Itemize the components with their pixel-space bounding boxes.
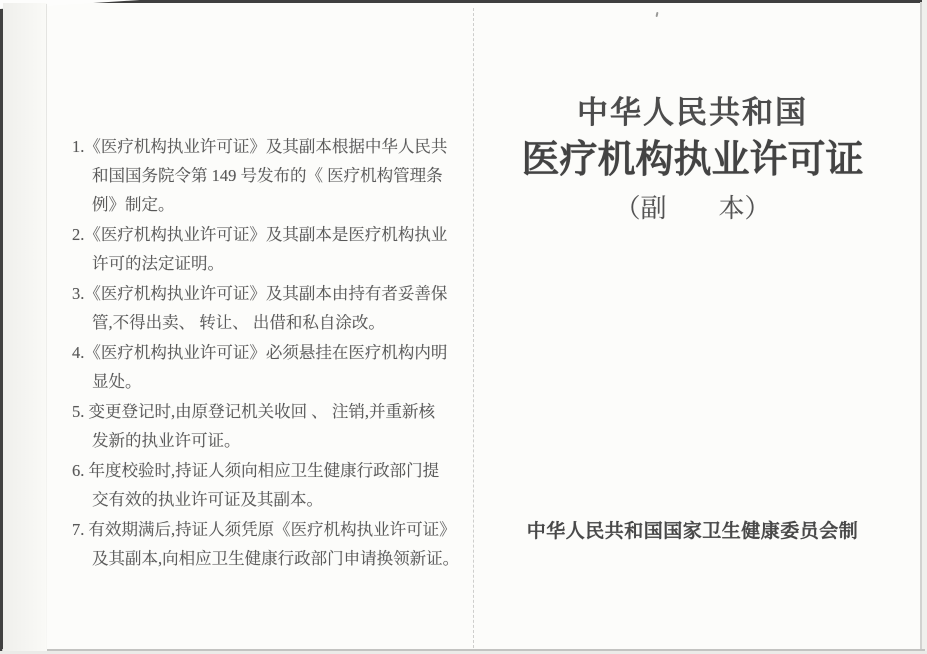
rule-line: 5. 变更登记时,由原登记机关收回 、 注销,并重新核 (72, 397, 462, 426)
booklet-cover-edge (3, 3, 47, 651)
booklet-fold-line (473, 8, 474, 648)
title-page: 中华人民共和国 医疗机构执业许可证 （副 本） 中华人民共和国国家卫生健康委员会… (475, 0, 922, 654)
rule-line: 及其副本,向相应卫生健康行政部门申请换领新证。 (72, 544, 462, 573)
rule-line: 2.《医疗机构执业许可证》及其副本是医疗机构执业 (72, 220, 462, 249)
rule-line: 交有效的执业许可证及其副本。 (72, 485, 462, 514)
rule-item-7: 7. 有效期满后,持证人须凭原《医疗机构执业许可证》 及其副本,向相应卫生健康行… (72, 515, 462, 573)
rule-line: 和国国务院令第 149 号发布的《 医疗机构管理条 (72, 161, 462, 190)
country-title: 中华人民共和国 (475, 97, 910, 128)
license-title: 医疗机构执业许可证 (475, 139, 910, 183)
scan-border-right-outer (922, 0, 927, 654)
rule-item-6: 6. 年度校验时,持证人须向相应卫生健康行政部门提 交有效的执业许可证及其副本。 (72, 456, 462, 514)
rule-line: 例》制定。 (72, 190, 462, 219)
rule-line: 4.《医疗机构执业许可证》必须悬挂在医疗机构内明 (72, 338, 462, 367)
rule-line: 7. 有效期满后,持证人须凭原《医疗机构执业许可证》 (72, 515, 462, 544)
rule-line: 管,不得出卖、 转让、 出借和私自涂改。 (72, 308, 462, 337)
rule-item-4: 4.《医疗机构执业许可证》必须悬挂在医疗机构内明 显处。 (72, 338, 462, 396)
rule-line: 1.《医疗机构执业许可证》及其副本根据中华人民共 (72, 132, 462, 161)
rule-line: 显处。 (72, 367, 462, 396)
duplicate-copy-label: （副 本） (475, 196, 910, 222)
rule-line: 3.《医疗机构执业许可证》及其副本由持有者妥善保 (72, 279, 462, 308)
rule-item-1: 1.《医疗机构执业许可证》及其副本根据中华人民共 和国国务院令第 149 号发布… (72, 132, 462, 219)
regulations-list: 1.《医疗机构执业许可证》及其副本根据中华人民共 和国国务院令第 149 号发布… (72, 132, 462, 574)
rule-item-3: 3.《医疗机构执业许可证》及其副本由持有者妥善保 管,不得出卖、 转让、 出借和… (72, 279, 462, 337)
left-page-edge (46, 4, 47, 649)
rule-item-2: 2.《医疗机构执业许可证》及其副本是医疗机构执业 许可的法定证明。 (72, 220, 462, 278)
rule-line: 发新的执业许可证。 (72, 426, 462, 455)
scanned-document: 1.《医疗机构执业许可证》及其副本根据中华人民共 和国国务院令第 149 号发布… (0, 0, 927, 654)
rule-line: 6. 年度校验时,持证人须向相应卫生健康行政部门提 (72, 456, 462, 485)
issuer-line: 中华人民共和国国家卫生健康委员会制 (475, 521, 910, 544)
rule-item-5: 5. 变更登记时,由原登记机关收回 、 注销,并重新核 发新的执业许可证。 (72, 397, 462, 455)
rule-line: 许可的法定证明。 (72, 249, 462, 278)
